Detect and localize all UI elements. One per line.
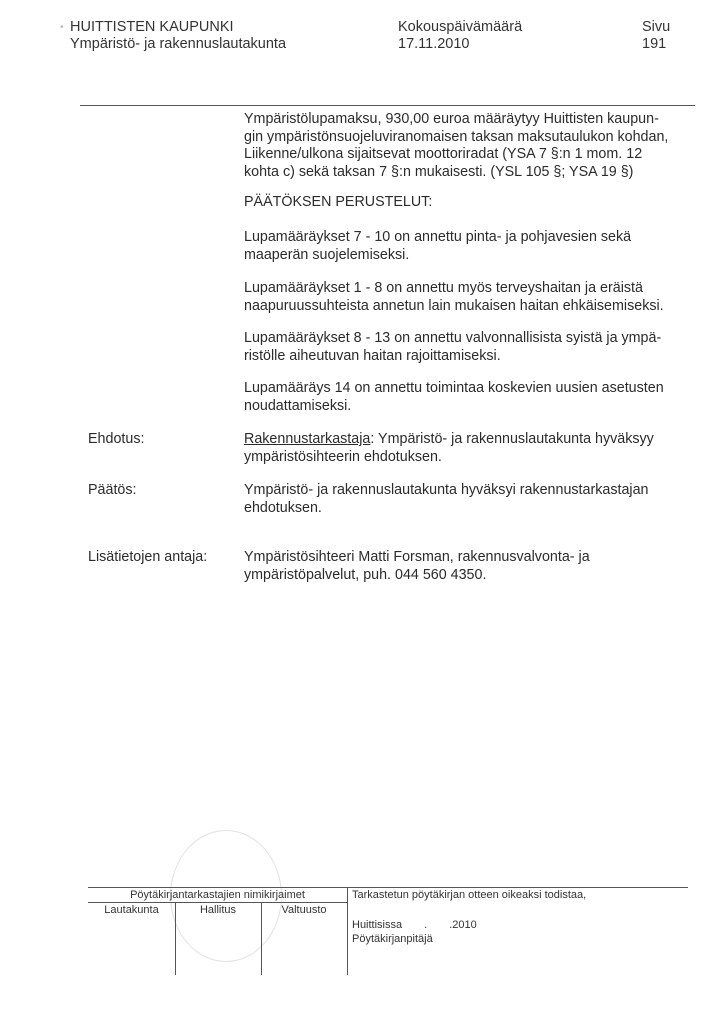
- reason-line: noudattamiseksi.: [244, 398, 694, 416]
- column-valtuusto: Valtuusto: [261, 904, 347, 917]
- reason-line: Lupamääräykset 8 - 13 on annettu valvonn…: [244, 330, 694, 348]
- reason-line: Lupamääräykset 1 - 8 on annettu myös ter…: [244, 280, 694, 298]
- reason-line: Lupamääräys 14 on annettu toimintaa kosk…: [244, 380, 694, 398]
- info-text: Ympäristösihteeri Matti Forsman, rakennu…: [244, 549, 694, 584]
- secretary-label: Pöytäkirjanpitäjä: [352, 933, 433, 946]
- decision-text: Ympäristö- ja rakennuslautakunta hyväksy…: [244, 482, 694, 517]
- reason-paragraph: Lupamääräys 14 on annettu toimintaa kosk…: [244, 380, 694, 415]
- column-lautakunta: Lautakunta: [88, 904, 175, 917]
- reason-line: Lupamääräykset 7 - 10 on annettu pinta- …: [244, 229, 694, 247]
- info-line: Ympäristösihteeri Matti Forsman, rakennu…: [244, 549, 694, 567]
- info-line: ympäristöpalvelut, puh. 044 560 4350.: [244, 567, 694, 585]
- footer-top-rule: [88, 887, 688, 888]
- place-separator: .: [424, 919, 427, 931]
- place-name: Huittisissa: [352, 919, 402, 931]
- fee-line: kohta c) sekä taksan 7 §:n mukaisesti. (…: [244, 164, 694, 182]
- initials-heading: Pöytäkirjantarkastajien nimikirjaimet: [88, 889, 347, 902]
- fee-line: gin ympäristönsuojeluviranomaisen taksan…: [244, 129, 694, 147]
- header-page-label: Sivu: [642, 19, 670, 36]
- reason-line: naapuruussuhteista annetun lain mukaisen…: [244, 298, 694, 316]
- decision-label: Päätös:: [88, 482, 136, 500]
- header-date-label: Kokouspäivämäärä: [398, 19, 522, 36]
- header-organization: HUITTISTEN KAUPUNKI: [70, 19, 234, 36]
- scan-mark: •: [60, 22, 64, 33]
- header-committee: Ympäristö- ja rakennuslautakunta: [70, 36, 286, 53]
- certify-text: Tarkastetun pöytäkirjan otteen oikeaksi …: [352, 889, 586, 902]
- header-page-value: 191: [642, 36, 666, 53]
- footer-inner-rule: [88, 902, 347, 903]
- proposer-name: Rakennustarkastaja: [244, 431, 370, 447]
- proposal-text: Rakennustarkastaja: Ympäristö- ja rakenn…: [244, 431, 694, 466]
- reason-paragraph: Lupamääräykset 7 - 10 on annettu pinta- …: [244, 229, 694, 264]
- reason-paragraph: Lupamääräykset 1 - 8 on annettu myös ter…: [244, 280, 694, 315]
- reasons-heading: PÄÄTÖKSEN PERUSTELUT:: [244, 194, 694, 212]
- proposal-line: : Ympäristö- ja rakennuslautakunta hyväk…: [370, 431, 653, 447]
- footer-col-divider: [347, 887, 348, 975]
- place-year: .2010: [449, 919, 477, 931]
- column-hallitus: Hallitus: [175, 904, 261, 917]
- info-label: Lisätietojen antaja:: [88, 549, 207, 567]
- reason-paragraph: Lupamääräykset 8 - 13 on annettu valvonn…: [244, 330, 694, 365]
- reason-line: ristölle aiheutuvan haitan rajoittamisek…: [244, 348, 694, 366]
- fee-line: Liikenne/ulkona sijaitsevat moottorirada…: [244, 146, 694, 164]
- place-line: Huittisissa..2010: [352, 919, 477, 932]
- fee-paragraph: Ympäristölupamaksu, 930,00 euroa määräyt…: [244, 111, 694, 181]
- decision-line: Ympäristö- ja rakennuslautakunta hyväksy…: [244, 482, 694, 500]
- header-date-value: 17.11.2010: [398, 36, 470, 53]
- proposal-label: Ehdotus:: [88, 431, 144, 449]
- header-divider: [80, 105, 695, 106]
- decision-line: ehdotuksen.: [244, 500, 694, 518]
- proposal-line: ympäristösihteerin ehdotuksen.: [244, 449, 694, 467]
- fee-line: Ympäristölupamaksu, 930,00 euroa määräyt…: [244, 111, 694, 129]
- reason-line: maaperän suojelemiseksi.: [244, 247, 694, 265]
